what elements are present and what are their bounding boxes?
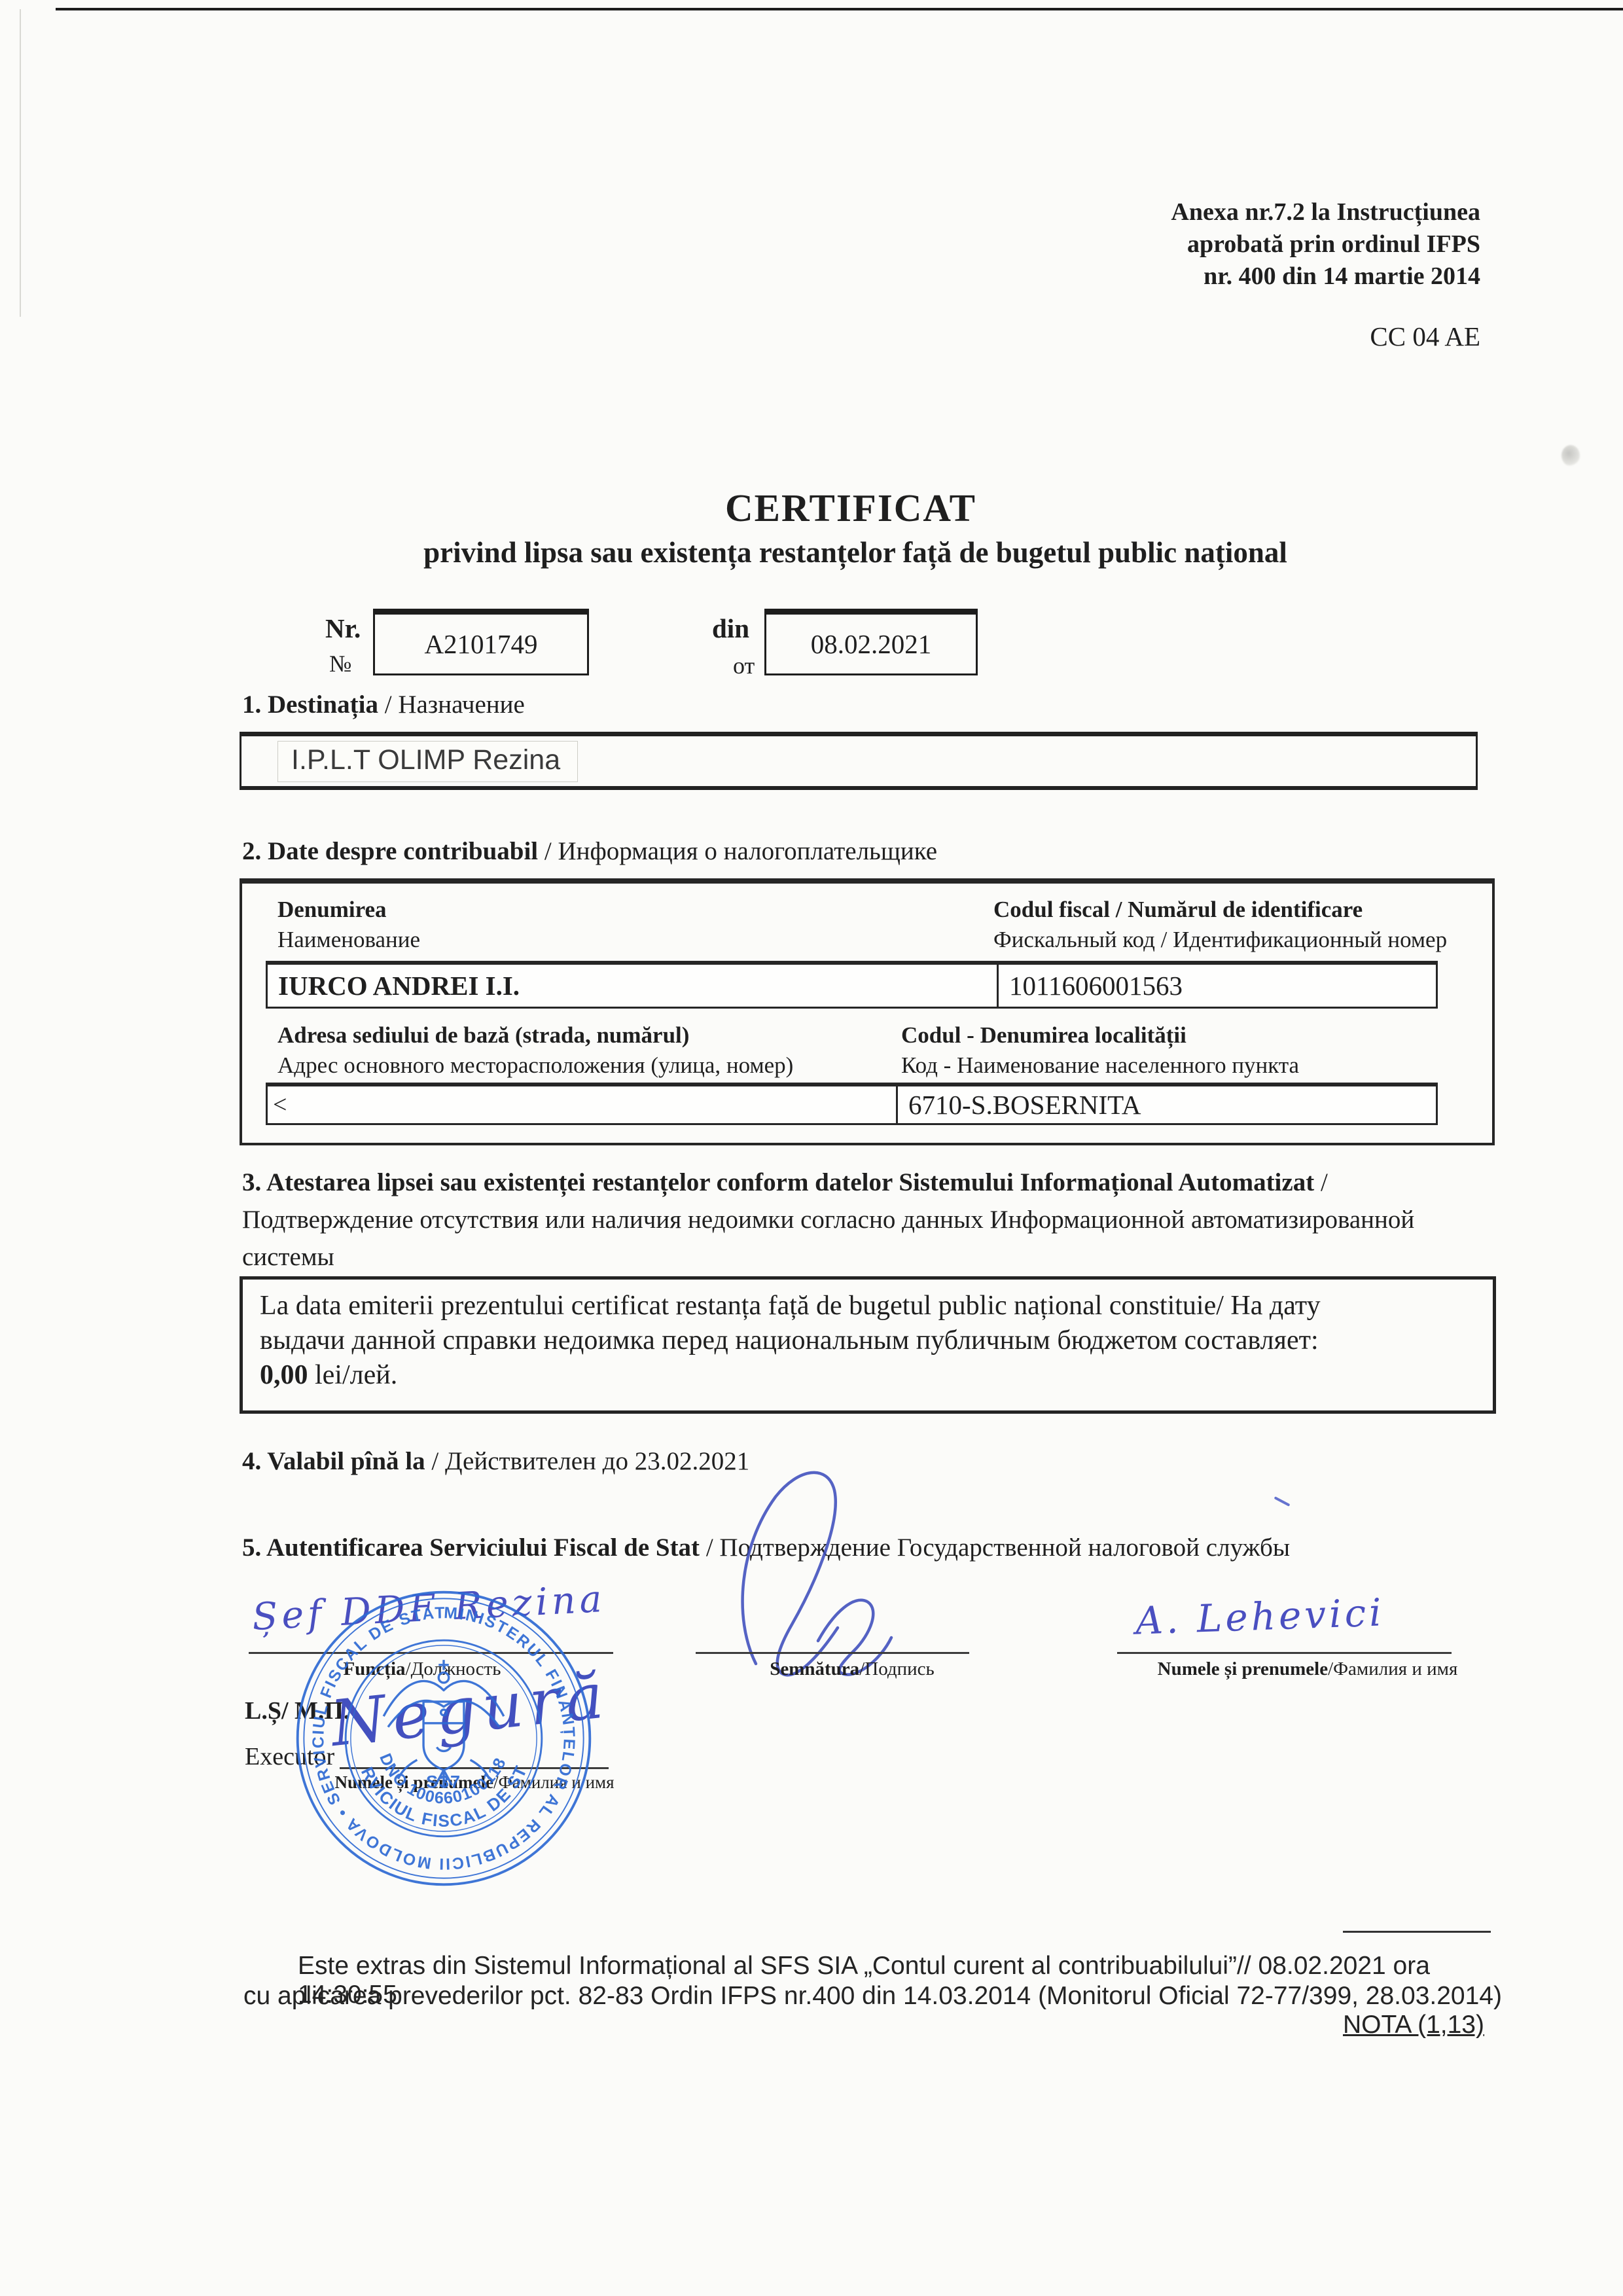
certificate-number-field: A2101749	[373, 609, 589, 675]
statement-line-3: 0,00 lei/лей.	[260, 1358, 1493, 1393]
annex-reference: Anexa nr.7.2 la Instrucțiunea aprobată p…	[1113, 196, 1480, 293]
denumirea-label: Denumirea	[277, 897, 387, 923]
footer-rule	[1343, 1931, 1491, 1933]
svg-text:MINISTERUL FINANȚELOR AL REPUB: MINISTERUL FINANȚELOR AL REPUBLICII MOLD…	[310, 1604, 578, 1873]
signature-line	[696, 1652, 969, 1654]
locality-value: 6710-S.BOSERNITA	[898, 1086, 1436, 1123]
taxpayer-table: Denumirea Наименование Codul fiscal / Nu…	[240, 878, 1495, 1145]
table-row: IURCO ANDREI I.I. 1011606001563	[266, 961, 1438, 1009]
destination-field: I.P.L.T OLIMP Rezina	[240, 732, 1478, 790]
table-row: < 6710-S.BOSERNITA	[266, 1083, 1438, 1125]
balance-amount: 0,00	[260, 1360, 308, 1390]
nr-label: Nr.	[325, 613, 361, 644]
denumirea-label-ru: Наименование	[277, 927, 420, 953]
certificate-page: Anexa nr.7.2 la Instrucțiunea aprobată p…	[0, 0, 1623, 2296]
signature-label: Semnătura/Подпись	[721, 1659, 983, 1680]
section4-heading: 4. Valabil pînă la / Действителен до 23.…	[242, 1446, 749, 1476]
pen-mark-artifact	[1274, 1496, 1291, 1507]
statement-line-1: La data emiterii prezentului certificat …	[260, 1289, 1493, 1323]
scan-edge-top	[56, 8, 1623, 10]
denumirea-value: IURCO ANDREI I.I.	[268, 965, 999, 1007]
name-signature-line	[1117, 1652, 1452, 1654]
certificate-date-field: 08.02.2021	[764, 609, 978, 675]
din-label-ru: от	[733, 652, 755, 679]
fiscal-code-label: Codul fiscal / Numărul de identificare	[993, 897, 1363, 923]
fiscal-code-label-ru: Фискальный код / Идентификационный номер	[993, 927, 1447, 953]
fiscal-code-value: 1011606001563	[999, 965, 1436, 1007]
form-code: CC 04 AE	[1113, 321, 1480, 352]
section2-heading: 2. Date despre contribuabil / Информация…	[242, 836, 937, 866]
scan-edge-left	[20, 9, 21, 317]
address-label: Adresa sediului de bază (strada, numărul…	[277, 1022, 689, 1049]
nr-label-ru: №	[329, 650, 351, 677]
annex-line-2: aprobată prin ordinul IFPS	[1113, 228, 1480, 260]
statement-line-2: выдачи данной справки недоимка перед нац…	[260, 1323, 1493, 1358]
section1-heading: 1. Destinația / Назначение	[242, 690, 525, 719]
name-label: Numele și prenumele/Фамилия и имя	[1111, 1659, 1504, 1680]
scan-artifact	[1561, 445, 1580, 466]
balance-statement-box: La data emiterii prezentului certificat …	[240, 1276, 1496, 1414]
annex-line-3: nr. 400 din 14 martie 2014	[1113, 260, 1480, 293]
din-label: din	[712, 613, 749, 644]
address-value: <	[268, 1086, 898, 1123]
stamp-ring-text: MINISTERUL FINANȚELOR AL REPUBLICII MOLD…	[310, 1604, 578, 1873]
section3-heading: 3. Atestarea lipsei sau existenței resta…	[242, 1164, 1463, 1276]
annex-line-1: Anexa nr.7.2 la Instrucțiunea	[1113, 196, 1480, 228]
page-subtitle: privind lipsa sau existența restanțelor …	[196, 535, 1514, 569]
page-title: CERTIFICAT	[196, 486, 1505, 531]
name-handwriting: A. Lehevici	[1135, 1590, 1385, 1643]
footer-line-2: cu aplicarea prevederilor pct. 82-83 Ord…	[243, 1982, 1552, 2011]
address-label-ru: Адрес основного месторасположения (улица…	[277, 1052, 793, 1079]
certificate-number-value: A2101749	[424, 628, 537, 660]
nota-reference: NOTA (1,13)	[1243, 2011, 1484, 2039]
locality-label-ru: Код - Наименование населенного пункта	[901, 1052, 1299, 1079]
signature-flourish	[720, 1467, 969, 1690]
locality-label: Codul - Denumirea localității	[901, 1022, 1186, 1049]
fiscal-service-stamp: MINISTERUL FINANȚELOR AL REPUBLICII MOLD…	[292, 1587, 596, 1890]
destination-value: I.P.L.T OLIMP Rezina	[277, 741, 578, 782]
certificate-date-value: 08.02.2021	[811, 628, 932, 660]
